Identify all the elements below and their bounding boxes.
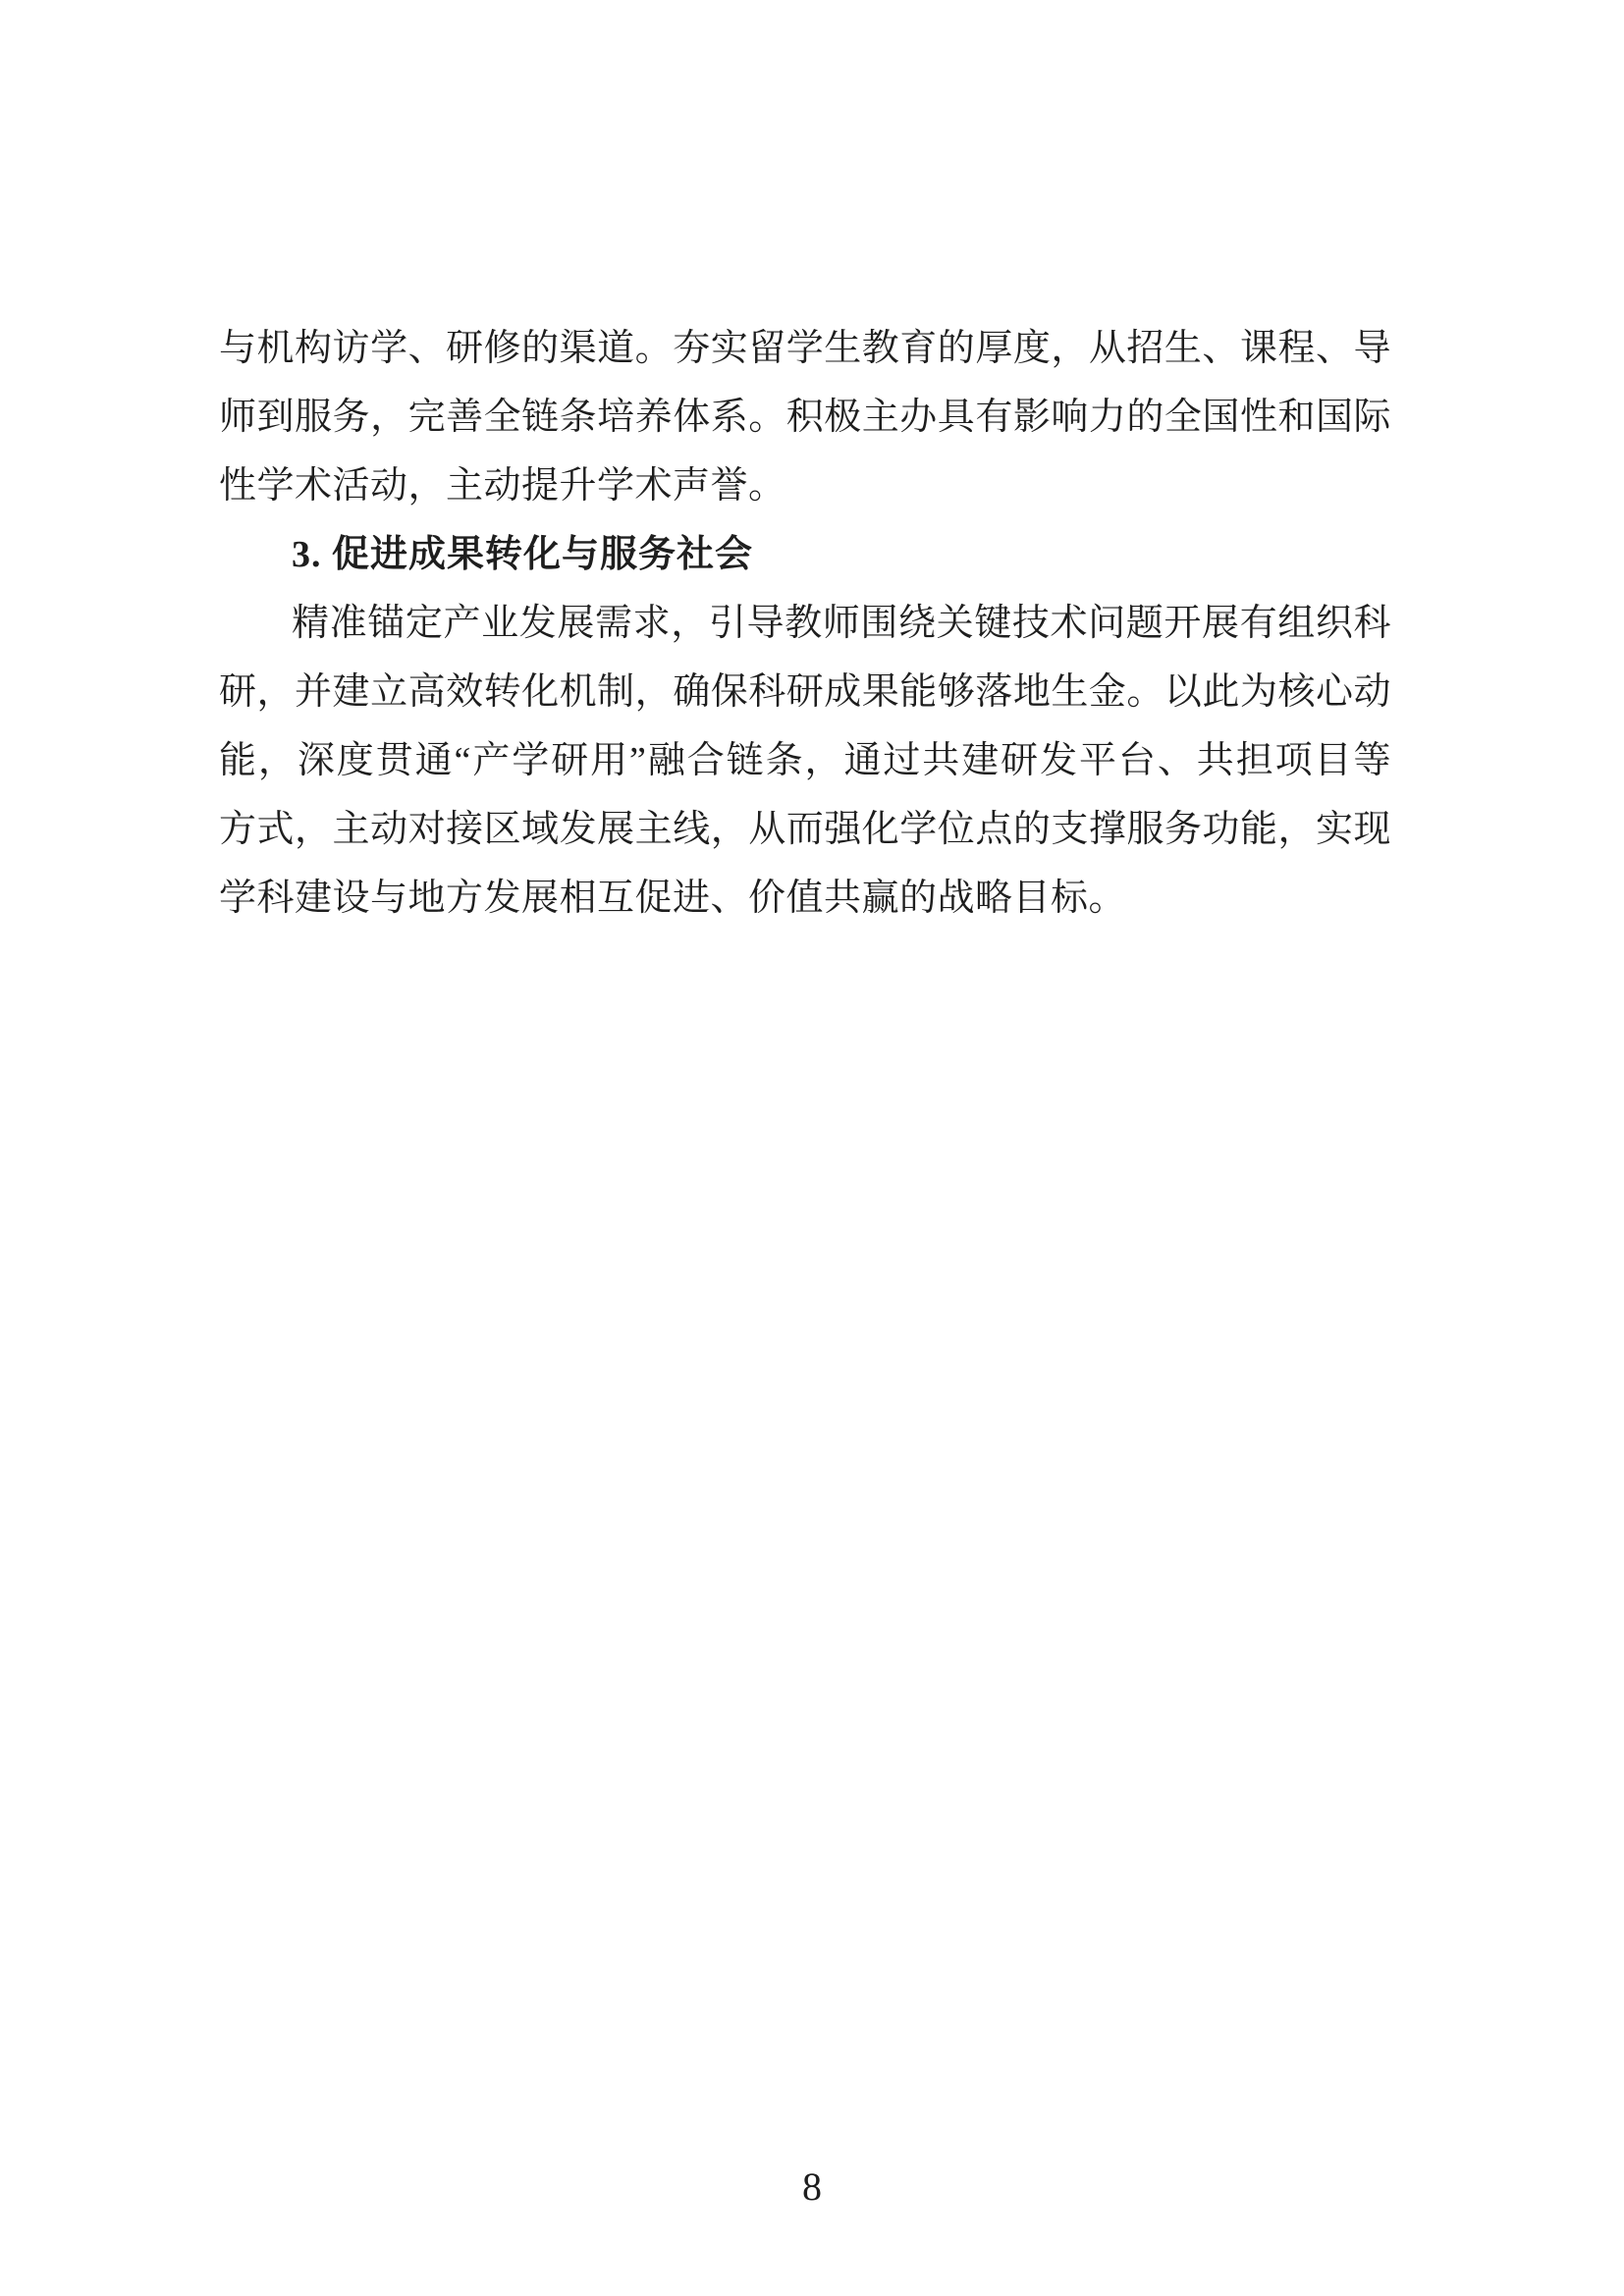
paragraph-line: 精准锚定产业发展需求，引导教师围绕关键技术问题开展有组织科 (219, 589, 1391, 658)
page-number: 8 (0, 2163, 1624, 2211)
paragraph-line: 能，深度贯通“产学研用”融合链条，通过共建研发平台、共担项目等 (219, 726, 1391, 795)
paragraph-line: 学科建设与地方发展相互促进、价值共赢的战略目标。 (219, 864, 1391, 933)
paragraph-line: 研，并建立高效转化机制，确保科研成果能够落地生金。以此为核心动 (219, 658, 1391, 726)
paragraph-line: 与机构访学、研修的渠道。夯实留学生教育的厚度，从招生、课程、导 (219, 314, 1391, 383)
document-page: 与机构访学、研修的渠道。夯实留学生教育的厚度，从招生、课程、导 师到服务，完善全… (0, 0, 1624, 2296)
paragraph-line: 性学术活动，主动提升学术声誉。 (219, 452, 1391, 520)
section-heading: 3. 促进成果转化与服务社会 (219, 520, 1391, 589)
paragraph-line: 师到服务，完善全链条培养体系。积极主办具有影响力的全国性和国际 (219, 383, 1391, 452)
paragraph-line: 方式，主动对接区域发展主线，从而强化学位点的支撑服务功能，实现 (219, 795, 1391, 864)
text-block: 与机构访学、研修的渠道。夯实留学生教育的厚度，从招生、课程、导 师到服务，完善全… (219, 314, 1391, 933)
